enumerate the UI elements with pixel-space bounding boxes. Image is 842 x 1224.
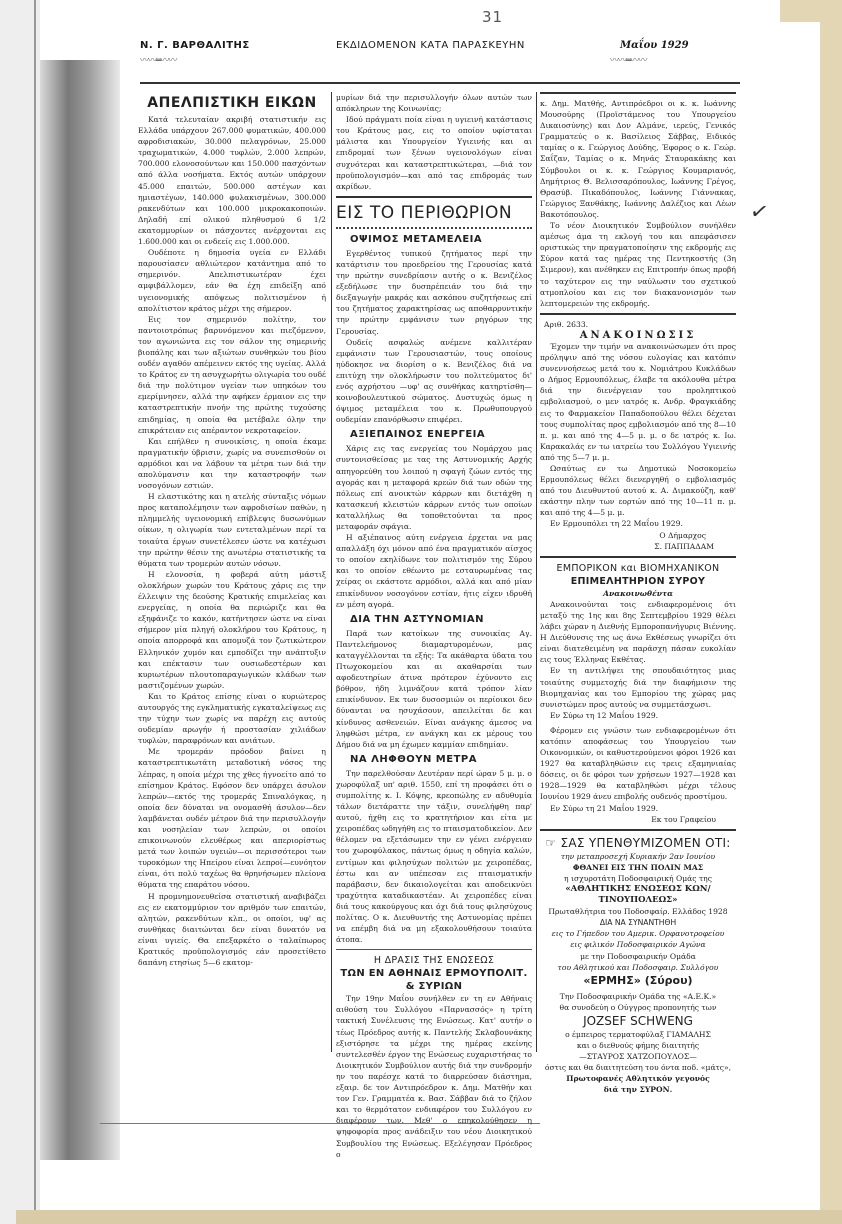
- paragraph: Και το Κράτος επίσης είναι ο κυριώτερος …: [138, 691, 326, 746]
- section-rule: [540, 92, 736, 94]
- column-3: κ. Δημ. Ματθής, Αντιπρόεδροι οι κ. κ. Ιω…: [540, 92, 736, 1096]
- column-divider: [331, 92, 332, 1052]
- section-rule: [540, 313, 736, 315]
- masthead-frequency: ΕΚΔΙΔΟΜΕΝΟΝ ΚΑΤΑ ΠΑΡΑΣΚΕΥΗΝ: [336, 40, 525, 51]
- paragraph: Και επήλθεν η συνοικίσις, η οποία έκαμε …: [138, 436, 326, 491]
- article-title: ΑΞΙΕΠΑΙΝΟΣ ΕΝΕΡΓΕΙΑ: [350, 428, 532, 442]
- ad-line: θα συνοδεύη ο Ούγγρος προπονητής των: [540, 1002, 736, 1013]
- ad-line: —ΣΤΑΥΡΟΣ ΧΑΤΖΟΠΟΥΛΟΣ—: [540, 1051, 736, 1062]
- dateline: Εν Ερμουπόλει τη 22 Μαΐου 1929.: [540, 518, 736, 529]
- paragraph: Με τρομεράν πρόοδον βαίνει η καταστρεπτι…: [138, 746, 326, 890]
- article-subtitle: ΤΩΝ ΕΝ ΑΘΗΝΑΙΣ ΕΡΜΟΥΠΟΛΙΤ. & ΣΥΡΙΩΝ: [336, 967, 532, 993]
- article-title: ΑΠΕΛΠΙΣΤΙΚΗ ΕΙΚΩΝ: [138, 94, 326, 112]
- ad-line: εις το Γήπεδον του Αμερικ. Ορφανοτροφείο…: [540, 928, 736, 939]
- ad-line: Πρωτοφανές Αθλητικόν γεγονός: [540, 1073, 736, 1084]
- binding-fold-shadow: [40, 60, 120, 1160]
- column-1: ΑΠΕΛΠΙΣΤΙΚΗ ΕΙΚΩΝ Κατά τελευταίαν ακριβή…: [138, 92, 326, 968]
- ad-line: ΔΙΑ ΝΑ ΣΥΝΑΝΤΗΘΗ: [540, 917, 736, 928]
- paragraph: Φέρομεν εις γνώσιν των ενδιαφερομένων ότ…: [540, 725, 736, 803]
- ad-line: διά την ΣΥΡΟΝ.: [540, 1084, 736, 1095]
- ad-line: όστις και θα διαιτητεύση του όντα ποδ. «…: [540, 1062, 736, 1073]
- masthead-rule: [140, 82, 740, 84]
- paragraph: Ιδού πράγματι ποία είναι η υγιεινή κατάσ…: [336, 114, 532, 192]
- paragraph: Χάρις εις τας ενεργείας του Νομάρχου μας…: [336, 443, 532, 532]
- ad-line: Πρωταθλήτρια του Ποδοσφαίρ. Ελλάδος 1928: [540, 906, 736, 917]
- masthead-publisher: Ν. Γ. ΒΑΡΘΑΛΙΤΗΣ: [140, 40, 250, 51]
- masthead-date: Μαΐου 1929: [620, 40, 689, 51]
- column-divider: [536, 92, 537, 1052]
- announcement-number: Αριθ. 2633.: [540, 319, 736, 330]
- archive-page-number: 31: [482, 8, 503, 26]
- ad-line: εις φιλικόν Ποδοσφαιρικόν Αγώνα: [540, 939, 736, 950]
- page-edge-right: [820, 0, 842, 1224]
- paragraph: Ωσαύτως εν τω Δημοτικώ Νοσοκομείω Ερμουπ…: [540, 463, 736, 518]
- paragraph: Το νέον Διοικητικόν Συμβούλιον συνήλθεν …: [540, 220, 736, 309]
- ad-line: ο έμπειρος τερματοφύλαξ ΓΙΑΜΑΛΗΣ: [540, 1029, 736, 1040]
- ad-line: η ισχυροτάτη Ποδοσφαιρική Ομάς της: [540, 873, 736, 884]
- paragraph: Ουδέποτε η δημοσία υγεία εν Ελλάδι παρου…: [138, 247, 326, 314]
- paragraph: Εγερθέντος τυπικού ζητήματος περί την κα…: [336, 248, 532, 337]
- article-title: Η ΔΡΑΣΙΣ ΤΗΣ ΕΝΩΣΕΩΣ: [336, 954, 532, 967]
- announcement-title: ΑΝΑΚΟΙΝΩΣΙΣ: [540, 330, 736, 341]
- ad-line: «ΕΡΜΗΣ» (Σύρου): [540, 973, 736, 988]
- chamber-heading: Ανακοινωθέντα: [540, 588, 736, 599]
- page-edge: [780, 0, 820, 22]
- ad-line: με την Ποδοσφαιρικήν Ομάδα: [540, 951, 736, 962]
- article-title: ΟΨΙΜΟΣ ΜΕΤΑΜΕΛΕΙΑ: [350, 233, 532, 247]
- dateline: Εν Σύρω τη 21 Μαΐου 1929.: [540, 803, 736, 814]
- section-rule: [336, 196, 532, 198]
- paragraph: Εν τη αντιλήψει της σπουδαιότητος μιας τ…: [540, 665, 736, 709]
- article-title: ΔΙΑ ΤΗΝ ΑΣΤΥΝΟΜΙΑΝ: [350, 613, 532, 627]
- column-2: μυρίων διά την περισυλλογήν όλων αυτών τ…: [336, 92, 532, 1160]
- paragraph: Κατά τελευταίαν ακριβή στατιστικήν εις Ε…: [138, 114, 326, 247]
- paragraph: Έχομεν την τιμήν να ανακοινώσωμεν ότι πρ…: [540, 341, 736, 463]
- section-rule: [540, 829, 736, 831]
- ad-headline: ☞ ΣΑΣ ΥΠΕΝΘΥΜΙΖΟΜΕΝ ΟΤΙ:: [540, 835, 736, 851]
- ad-line: «ΑΘΛΗΤΙΚΗΣ ΕΝΩΣΕΩΣ ΚΩΝ/ΤΙΝΟΥΠΟΛΕΩΣ»: [540, 884, 736, 906]
- paragraph: Την παρελθούσαν Δευτέραν περί ώραν 5 μ. …: [336, 768, 532, 946]
- paragraph: Ουδείς ασφαλώς ανέμενε καλλιτέραν εμφάνι…: [336, 337, 532, 426]
- paragraph: Η προμνημονευθείσα στατιστική αναβιβάζει…: [138, 891, 326, 969]
- paragraph: μυρίων διά την περισυλλογήν όλων αυτών τ…: [336, 92, 532, 114]
- pointing-hand-icon: ☞: [545, 836, 560, 850]
- signatory-title: Ο Δήμαρχος: [540, 530, 736, 541]
- page-edge-bottom: [16, 1210, 842, 1224]
- adjacent-page-rule: [34, 0, 36, 1224]
- paragraph: κ. Δημ. Ματθής, Αντιπρόεδροι οι κ. κ. Ιω…: [540, 98, 736, 220]
- article-title: ΝΑ ΛΗΦΘΟΥΝ ΜΕΤΡΑ: [350, 753, 532, 767]
- ornament-icon: 〰〰═〰〰: [140, 53, 176, 66]
- section-rule: [336, 949, 532, 950]
- chamber-subtitle: ΕΠΙΜΕΛΗΤΗΡΙΟΝ ΣΥΡΟΥ: [540, 575, 736, 588]
- masthead: Ν. Γ. ΒΑΡΘΑΛΙΤΗΣ 〰〰═〰〰 ΕΚΔΙΔΟΜΕΝΟΝ ΚΑΤΑ …: [140, 40, 740, 86]
- ad-line: την μεταπροσεχή Κυριακήν 2αν Ιουνίου: [540, 851, 736, 862]
- paragraph: Παρά των κατοίκων της συνοικίας Αγ. Παντ…: [336, 628, 532, 750]
- paragraph: Ανακοινούνται τοις ενδιαφερομένοις ότι μ…: [540, 599, 736, 666]
- ad-line: JOZSEF SCHWENG: [540, 1013, 736, 1029]
- paragraph: Την 19ην Μαΐου συνήλθεν εν τη εν Αθήναις…: [336, 993, 532, 1159]
- ad-line: του Αθλητικού και Ποδοσφαιρ. Συλλόγου: [540, 962, 736, 973]
- section-rule: [540, 556, 736, 558]
- ornament-icon: 〰〰═〰〰: [610, 53, 646, 66]
- wavy-rule: [336, 224, 532, 229]
- ad-line: ΦΘΑΝΕΙ ΕΙΣ ΤΗΝ ΠΟΛΙΝ ΜΑΣ: [540, 862, 736, 873]
- ad-line: Την Ποδοσφαιρικήν Ομάδα της «Α.Ε.Κ.»: [540, 991, 736, 1002]
- ad-line: και ο διεθνούς φήμης διαιτητής: [540, 1040, 736, 1051]
- paragraph: Η αξιέπαινος αύτη ενέργεια έρχεται να μα…: [336, 532, 532, 610]
- dateline: Εν Σύρω τη 12 Μαΐου 1929.: [540, 710, 736, 721]
- paragraph: Η ελαστικότης και η ατελής σύνταξις νόμω…: [138, 491, 326, 569]
- signatory-name: Σ. ΠΑΠΠΑΔΑΜ: [540, 541, 736, 552]
- chamber-title: ΕΜΠΟΡΙΚΟΝ και ΒΙΟΜΗΧΑΝΙΚΟΝ: [540, 562, 736, 575]
- signoff: Εκ του Γραφείου: [540, 814, 736, 825]
- adjacent-page-strip: [0, 0, 40, 1224]
- paragraph: Η ελονοσία, η φοβερά αύτη μάστιξ ολοκλήρ…: [138, 569, 326, 691]
- paragraph: Εις τον σημερινόν πολίτην, τον παντοιοτρ…: [138, 314, 326, 436]
- section-title: ΕΙΣ ΤΟ ΠΕΡΙΘΩΡΙΟΝ: [336, 202, 532, 224]
